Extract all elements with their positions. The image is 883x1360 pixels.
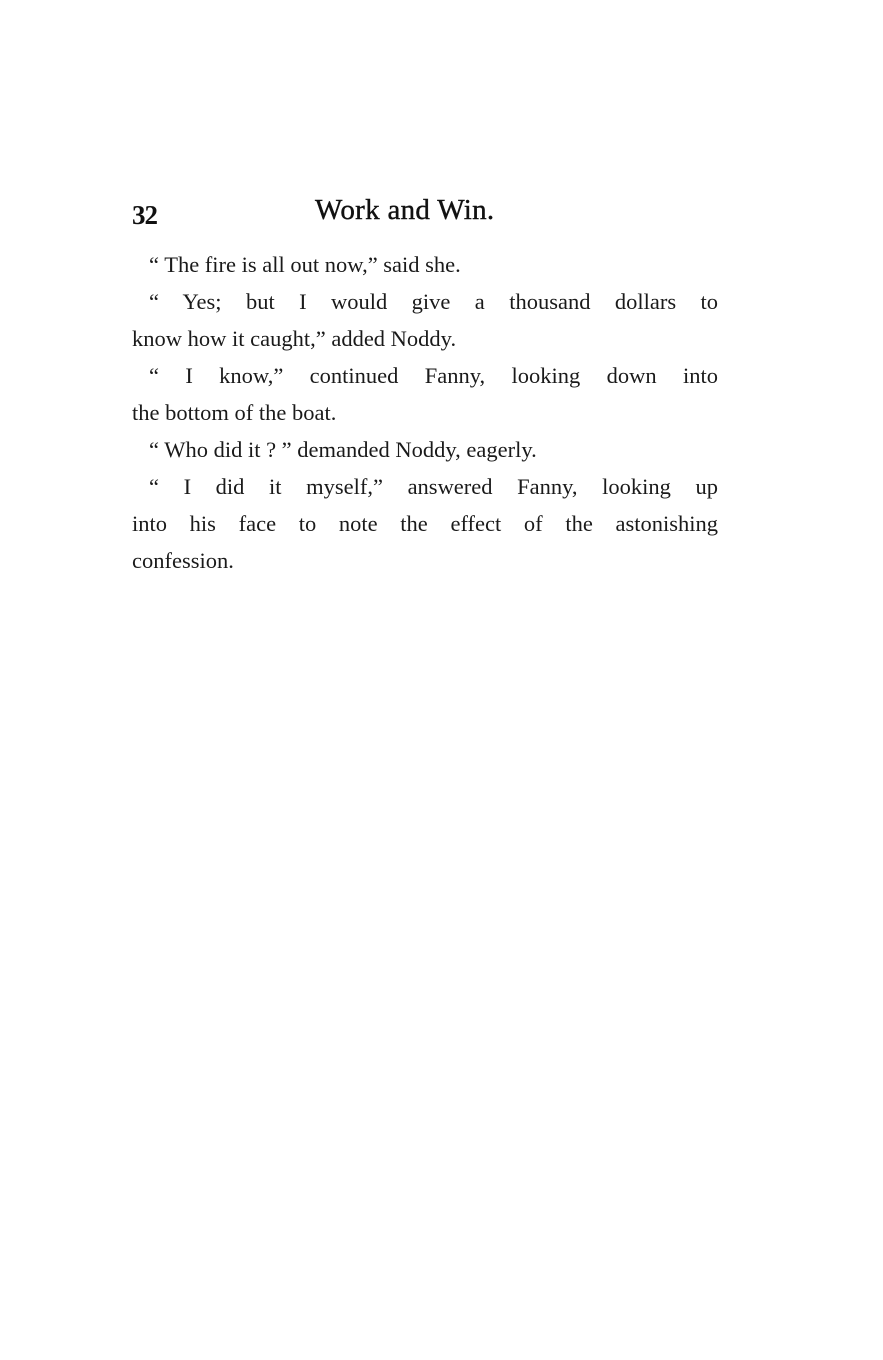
text-line: “ Yes; but I would give a thousand dolla… bbox=[149, 288, 718, 324]
text-line: “ The fire is all out now,” said she. bbox=[149, 251, 461, 287]
text-line: “ Who did it ? ” demanded Noddy, eagerly… bbox=[149, 436, 537, 472]
text-line: “ I did it myself,” answered Fanny, look… bbox=[149, 473, 718, 509]
book-page: 32 Work and Win. “ The fire is all out n… bbox=[0, 0, 883, 1360]
text-line: know how it caught,” added Noddy. bbox=[132, 325, 456, 361]
text-line: confession. bbox=[132, 547, 234, 583]
text-line: into his face to note the effect of the … bbox=[132, 510, 718, 546]
running-head: 32 Work and Win. bbox=[132, 194, 722, 234]
text-line: the bottom of the boat. bbox=[132, 399, 336, 435]
book-title: Work and Win. bbox=[315, 194, 494, 227]
text-line: “ I know,” continued Fanny, looking down… bbox=[149, 362, 718, 398]
page-number: 32 bbox=[132, 200, 157, 231]
